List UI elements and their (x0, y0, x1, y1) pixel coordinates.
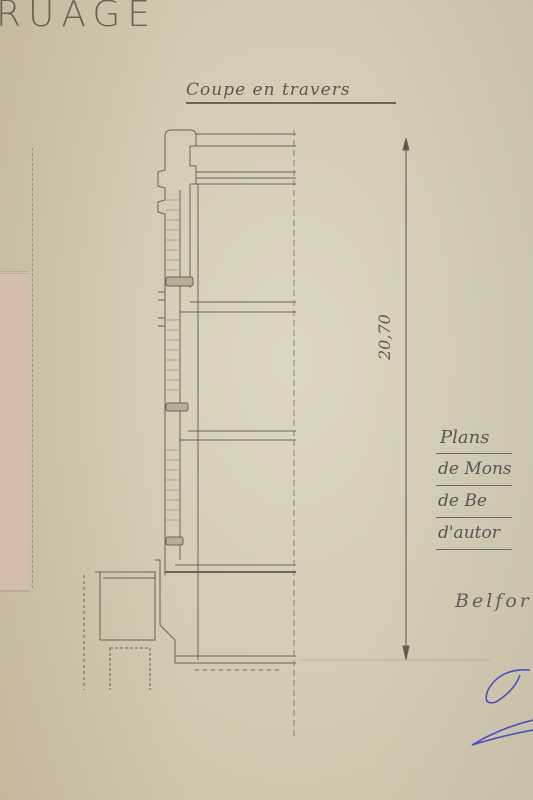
caption-line-1: Plans (436, 422, 512, 454)
caption-line-2: de Mons (436, 454, 512, 486)
height-dimension-label: 20,70 (375, 314, 394, 360)
title-block-caption: Plans de Mons de Be d'autor (436, 422, 512, 550)
caption-line-4: d'autor (436, 518, 512, 550)
signature-ink (472, 670, 533, 745)
cross-section-drawing (0, 0, 533, 800)
caption-line-3: de Be (436, 486, 512, 518)
place-name: Belfor (455, 590, 532, 612)
